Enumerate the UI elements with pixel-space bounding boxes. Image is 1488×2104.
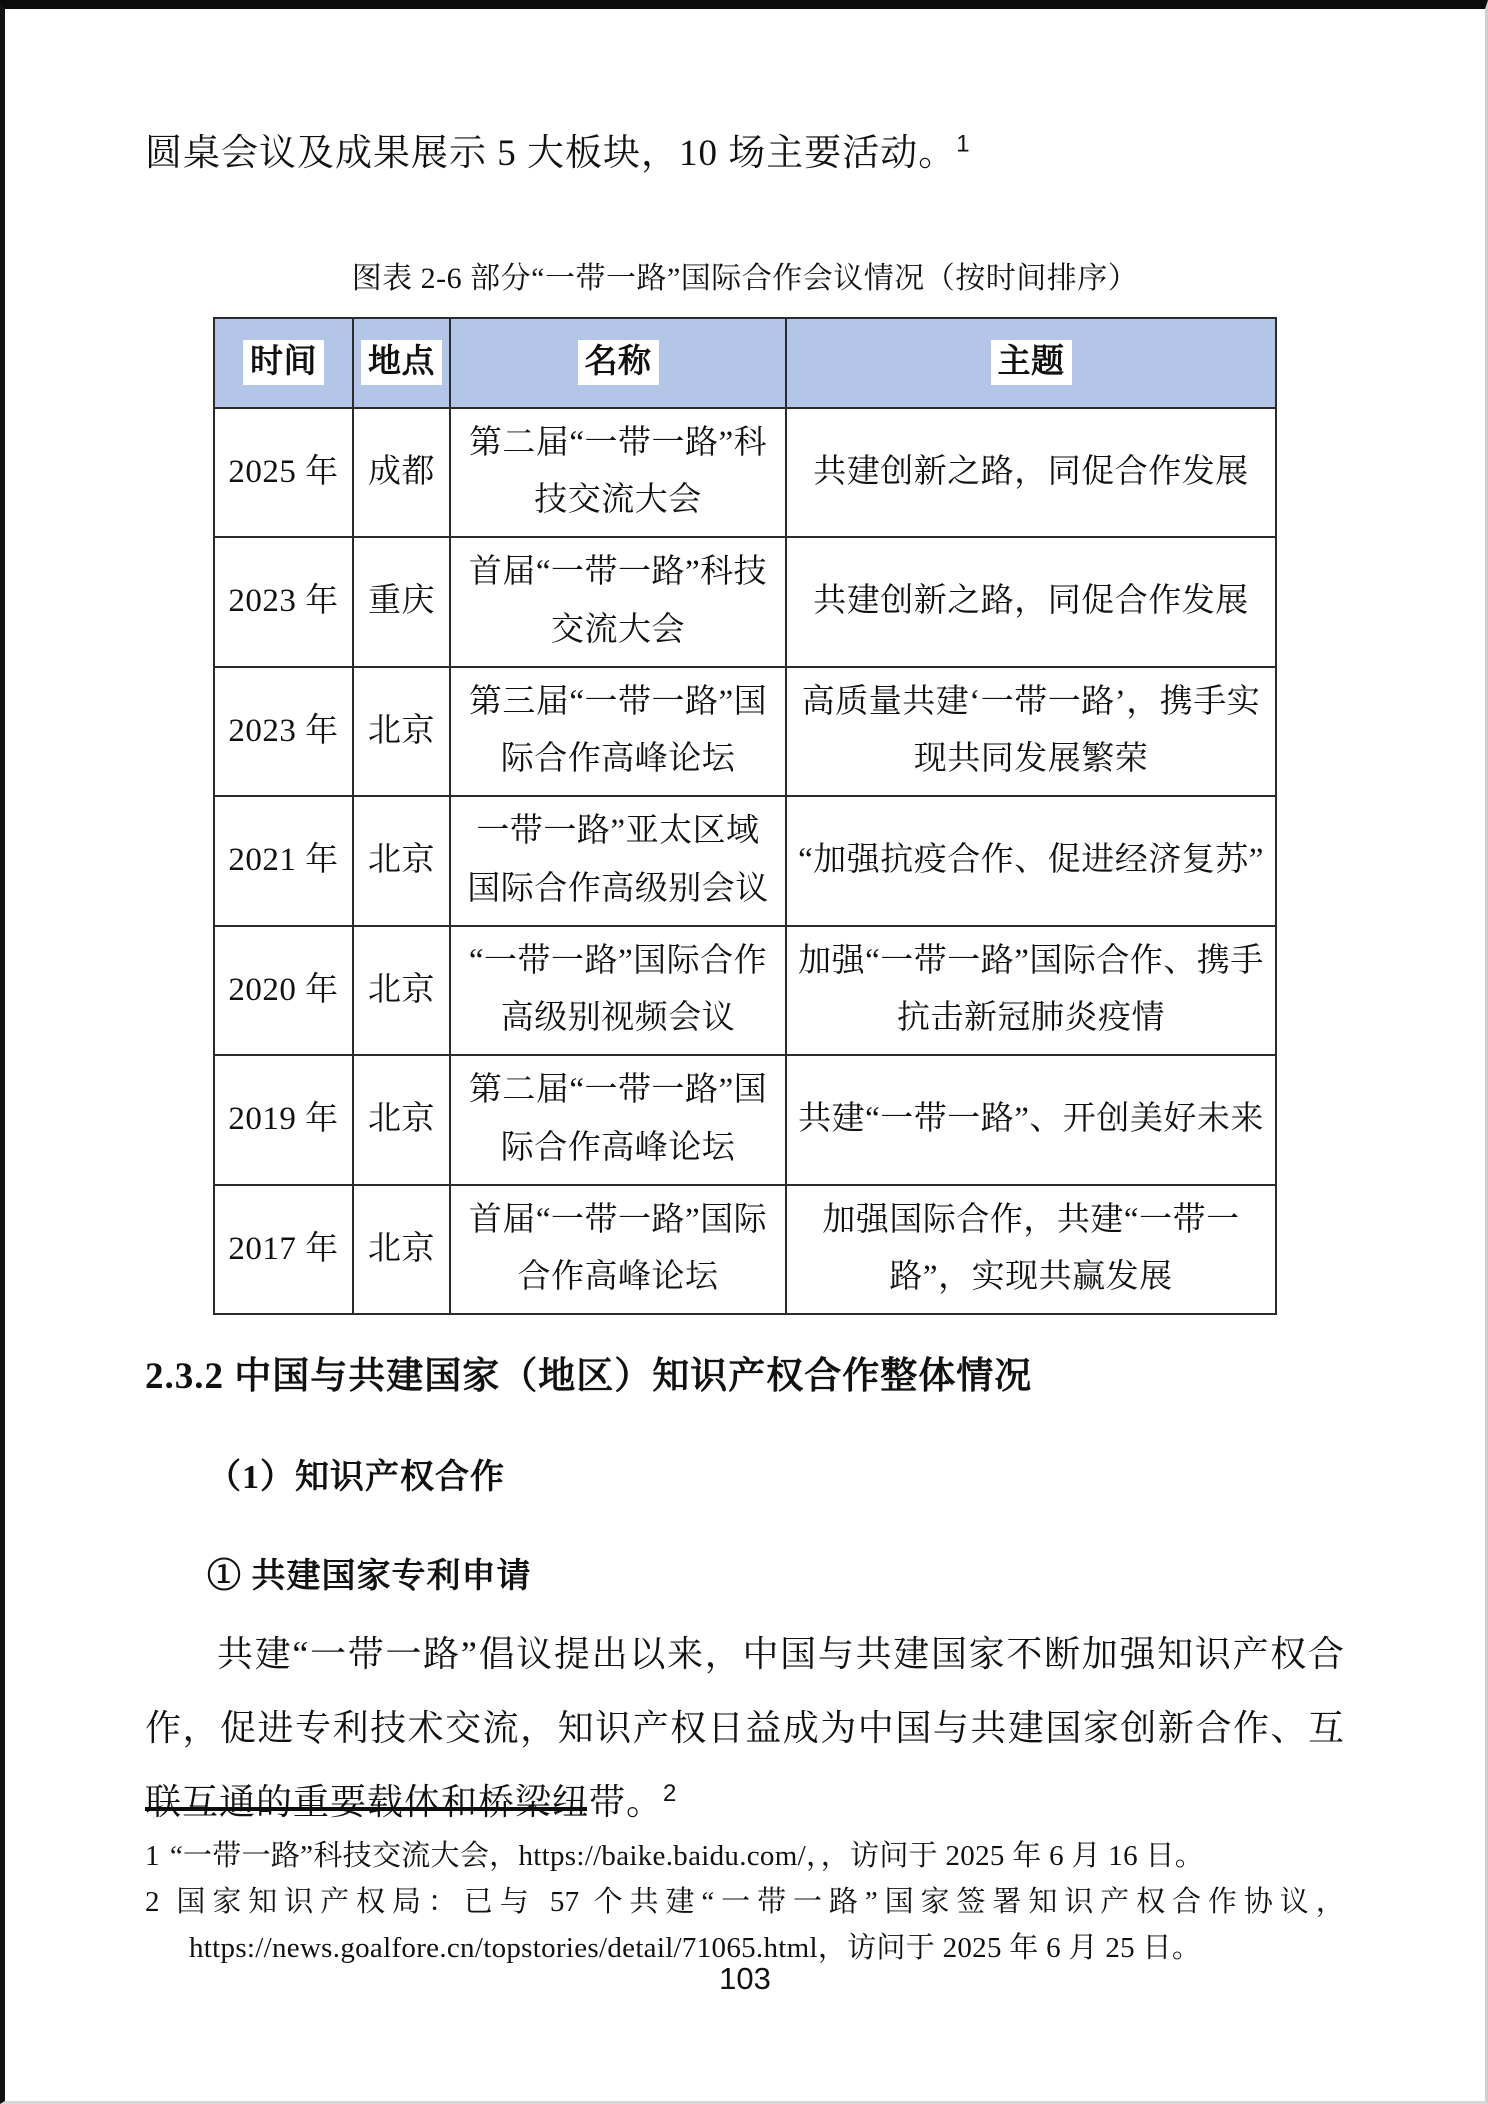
cell-theme: “加强抗疫合作、促进经济复苏”	[786, 796, 1276, 926]
table-row: 2017 年 北京 首届“一带一路”国际合作高峰论坛 加强国际合作，共建“一带一…	[214, 1185, 1276, 1315]
cell-place: 北京	[353, 1055, 450, 1185]
intro-paragraph: 圆桌会议及成果展示 5 大板块，10 场主要活动。1	[145, 127, 1345, 181]
cell-time: 2023 年	[214, 667, 353, 797]
cell-time: 2023 年	[214, 537, 353, 667]
body-paragraph-text: 共建“一带一路”倡议提出以来，中国与共建国家不断加强知识产权合作，促进专利技术交…	[145, 1634, 1345, 1822]
cell-theme: 高质量共建‘一带一路’，携手实现共同发展繁荣	[786, 667, 1276, 797]
cell-place: 北京	[353, 926, 450, 1056]
cell-time: 2020 年	[214, 926, 353, 1056]
section-heading: 2.3.2 中国与共建国家（地区）知识产权合作整体情况	[145, 1345, 1345, 1399]
cell-name: 第三届“一带一路”国际合作高峰论坛	[450, 667, 786, 797]
cell-place: 北京	[353, 667, 450, 797]
table-header-row: 时间 地点 名称 主题	[214, 318, 1276, 408]
header-time: 时间	[214, 318, 353, 408]
footnote-1: 1“一带一路”科技交流大会，https://baike.baidu.com/，，…	[145, 1833, 1345, 1879]
cell-place: 北京	[353, 796, 450, 926]
cell-theme: 共建创新之路，同促合作发展	[786, 537, 1276, 667]
footnote-ref-1: 1	[956, 131, 970, 158]
cell-time: 2025 年	[214, 408, 353, 538]
cell-name: 第二届“一带一路”国际合作高峰论坛	[450, 1055, 786, 1185]
body-paragraph: 共建“一带一路”倡议提出以来，中国与共建国家不断加强知识产权合作，促进专利技术交…	[145, 1617, 1345, 1839]
subsection-heading-2: ① 共建国家专利申请	[145, 1548, 1345, 1597]
cell-name: 一带一路”亚太区域国际合作高级别会议	[450, 796, 786, 926]
table-row: 2021 年 北京 一带一路”亚太区域国际合作高级别会议 “加强抗疫合作、促进经…	[214, 796, 1276, 926]
cell-name: 首届“一带一路”国际合作高峰论坛	[450, 1185, 786, 1315]
cell-time: 2021 年	[214, 796, 353, 926]
cell-name: “一带一路”国际合作高级别视频会议	[450, 926, 786, 1056]
cell-theme: 加强国际合作，共建“一带一路”，实现共赢发展	[786, 1185, 1276, 1315]
cell-place: 重庆	[353, 537, 450, 667]
cell-name: 第二届“一带一路”科技交流大会	[450, 408, 786, 538]
cell-theme: 加强“一带一路”国际合作、携手抗击新冠肺炎疫情	[786, 926, 1276, 1056]
table-row: 2025 年 成都 第二届“一带一路”科技交流大会 共建创新之路，同促合作发展	[214, 408, 1276, 538]
cell-theme: 共建创新之路，同促合作发展	[786, 408, 1276, 538]
footnotes-section: 1“一带一路”科技交流大会，https://baike.baidu.com/，，…	[145, 1807, 1345, 1971]
table-row: 2020 年 北京 “一带一路”国际合作高级别视频会议 加强“一带一路”国际合作…	[214, 926, 1276, 1056]
footnote-ref-2: 2	[663, 1780, 677, 1807]
footnote-2-number: 2	[145, 1886, 170, 1918]
intro-text: 圆桌会议及成果展示 5 大板块，10 场主要活动。	[145, 133, 956, 174]
cell-theme: 共建“一带一路”、开创美好未来	[786, 1055, 1276, 1185]
cell-time: 2017 年	[214, 1185, 353, 1315]
conference-table: 时间 地点 名称 主题 2025 年 成都 第二届“一带一路”科技交流大会 共建…	[213, 317, 1277, 1316]
table-row: 2023 年 北京 第三届“一带一路”国际合作高峰论坛 高质量共建‘一带一路’，…	[214, 667, 1276, 797]
cell-place: 成都	[353, 408, 450, 538]
document-page: 圆桌会议及成果展示 5 大板块，10 场主要活动。1 图表 2-6 部分“一带一…	[0, 0, 1488, 2104]
table-caption: 图表 2-6 部分“一带一路”国际合作会议情况（按时间排序）	[145, 253, 1345, 297]
footnote-2-text: 国家知识产权局：已与 57 个共建“一带一路”国家签署知识产权合作协议，http…	[170, 1886, 1345, 1964]
page-number: 103	[5, 1961, 1485, 1997]
cell-time: 2019 年	[214, 1055, 353, 1185]
header-place: 地点	[353, 318, 450, 408]
header-name: 名称	[450, 318, 786, 408]
footnote-1-text: “一带一路”科技交流大会，https://baike.baidu.com/，，访…	[170, 1840, 1204, 1872]
footnote-1-number: 1	[145, 1840, 170, 1872]
cell-place: 北京	[353, 1185, 450, 1315]
table-row: 2023 年 重庆 首届“一带一路”科技交流大会 共建创新之路，同促合作发展	[214, 537, 1276, 667]
footnote-separator	[145, 1807, 587, 1811]
footnote-2: 2国家知识产权局：已与 57 个共建“一带一路”国家签署知识产权合作协议，htt…	[145, 1879, 1345, 1971]
subsection-heading-1: （1）知识产权合作	[145, 1449, 1345, 1498]
cell-name: 首届“一带一路”科技交流大会	[450, 537, 786, 667]
header-theme: 主题	[786, 318, 1276, 408]
table-row: 2019 年 北京 第二届“一带一路”国际合作高峰论坛 共建“一带一路”、开创美…	[214, 1055, 1276, 1185]
